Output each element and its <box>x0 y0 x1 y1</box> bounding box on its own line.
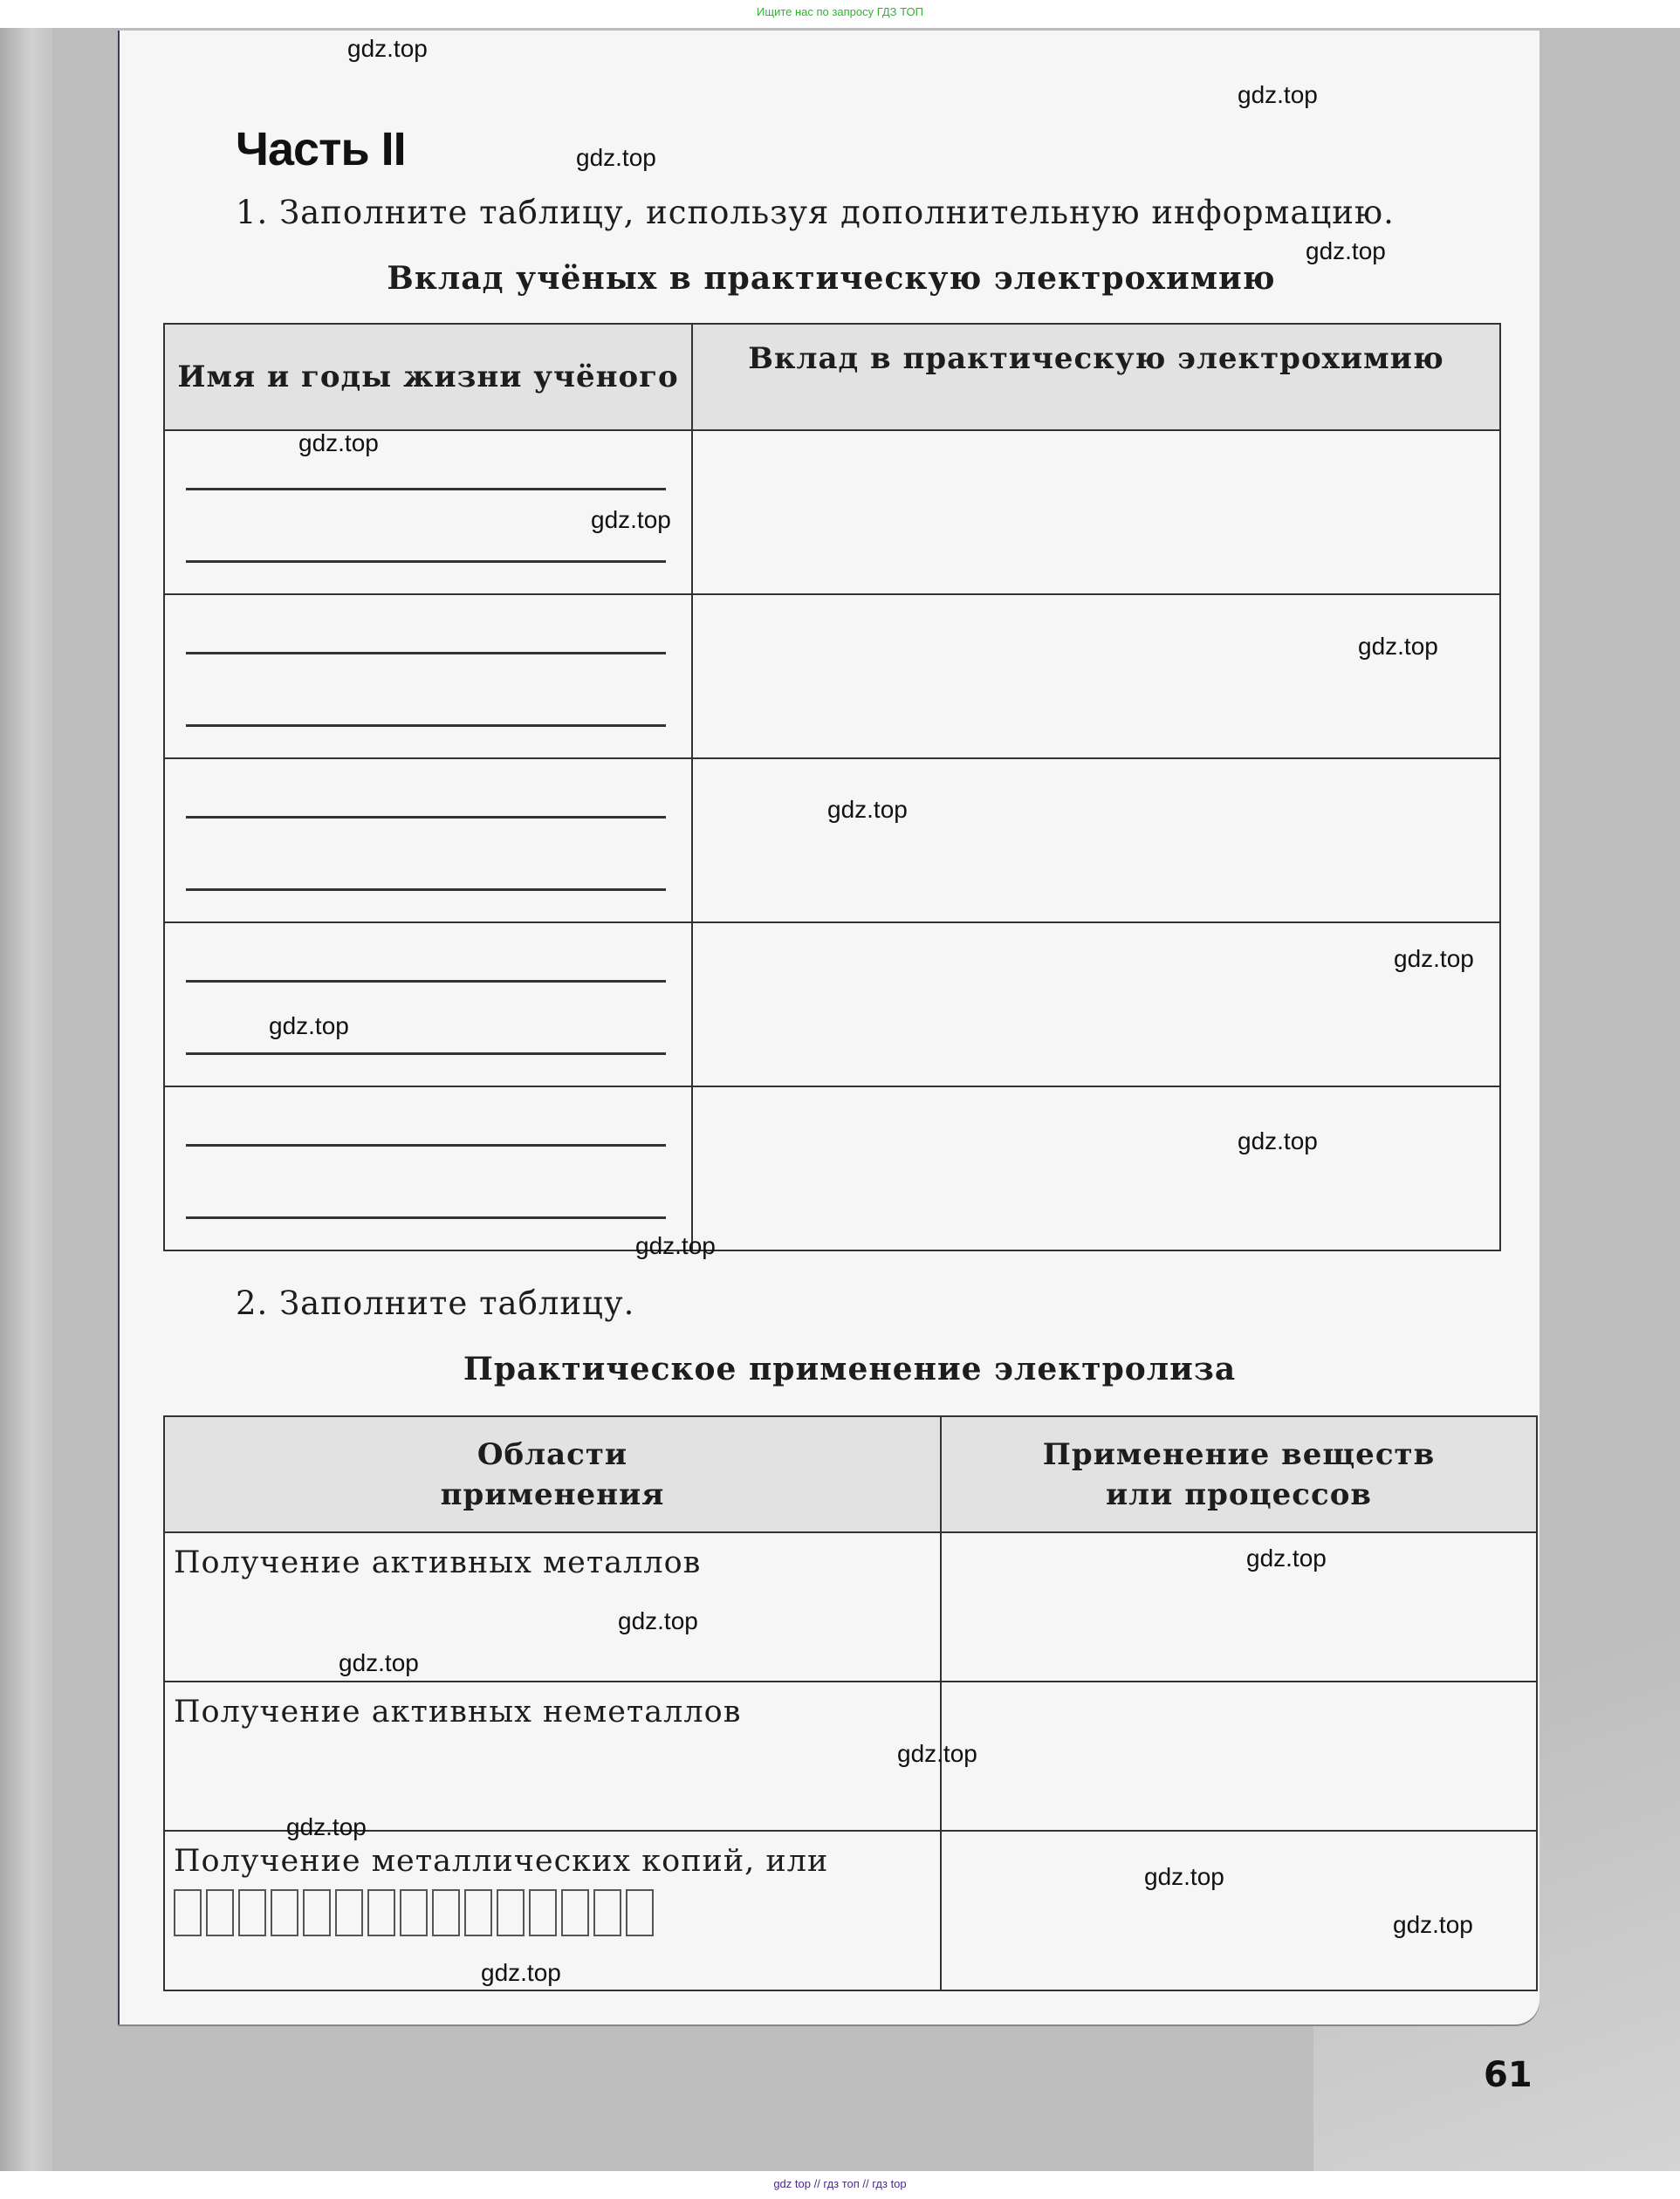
letter-box[interactable] <box>432 1889 460 1936</box>
letter-box[interactable] <box>206 1889 234 1936</box>
watermark: gdz.top <box>347 35 428 63</box>
watermark: gdz.top <box>897 1740 977 1768</box>
watermark: gdz.top <box>635 1232 716 1260</box>
answer-line[interactable] <box>186 980 666 983</box>
column-header-area: Области применения <box>164 1416 941 1532</box>
watermark: gdz.top <box>1238 81 1318 109</box>
table-row <box>164 758 1500 922</box>
letter-box[interactable] <box>529 1889 557 1936</box>
contribution-cell[interactable] <box>692 594 1500 758</box>
letter-box[interactable] <box>497 1889 525 1936</box>
answer-line[interactable] <box>186 1144 666 1147</box>
watermark: gdz.top <box>618 1607 698 1635</box>
column-header-name: Имя и годы жизни учёного <box>164 324 692 430</box>
task1-caption: Вклад учёных в практическую электрохимию <box>163 260 1499 297</box>
electrolysis-table: Области применения Применение веществ ил… <box>163 1415 1538 1991</box>
contribution-cell[interactable] <box>692 1086 1500 1250</box>
contribution-cell[interactable] <box>692 922 1500 1086</box>
book-fold <box>0 28 52 2171</box>
watermark: gdz.top <box>1238 1127 1318 1155</box>
letter-box[interactable] <box>174 1889 202 1936</box>
scientist-name-cell[interactable] <box>164 922 692 1086</box>
table-row: Получение металлических копий, или <box>164 1831 1537 1990</box>
application-cell[interactable] <box>941 1532 1537 1682</box>
letter-box[interactable] <box>561 1889 589 1936</box>
watermark: gdz.top <box>1144 1863 1224 1891</box>
watermark: gdz.top <box>1246 1545 1327 1572</box>
table-row <box>164 922 1500 1086</box>
scientist-name-cell[interactable] <box>164 594 692 758</box>
watermark: gdz.top <box>339 1649 419 1677</box>
scientist-name-cell[interactable] <box>164 758 692 922</box>
watermark: gdz.top <box>269 1012 349 1040</box>
letter-box[interactable] <box>593 1889 621 1936</box>
letter-box[interactable] <box>367 1889 395 1936</box>
watermark: gdz.top <box>298 429 379 457</box>
answer-line[interactable] <box>186 1216 666 1219</box>
top-banner: Ищите нас по запросу ГДЗ ТОП <box>0 0 1680 28</box>
column-header-contribution: Вклад в практическую электрохимию <box>692 324 1500 430</box>
column-header-application: Применение веществ или процессов <box>941 1416 1537 1532</box>
answer-line[interactable] <box>186 560 666 563</box>
watermark: gdz.top <box>1393 1911 1473 1939</box>
table-row <box>164 594 1500 758</box>
answer-line[interactable] <box>186 488 666 490</box>
watermark: gdz.top <box>827 796 908 824</box>
letter-box[interactable] <box>400 1889 428 1936</box>
contribution-cell[interactable] <box>692 430 1500 594</box>
watermark: gdz.top <box>576 144 656 172</box>
area-cell: Получение металлических копий, или <box>165 1832 940 1880</box>
answer-line[interactable] <box>186 724 666 727</box>
letter-box[interactable] <box>626 1889 654 1936</box>
letter-box[interactable] <box>303 1889 331 1936</box>
letter-box[interactable] <box>464 1889 492 1936</box>
table-row <box>164 1086 1500 1250</box>
area-cell: Получение активных неметаллов <box>165 1682 940 1731</box>
bottom-banner: gdz top // гдз топ // гдз top <box>0 2171 1680 2199</box>
area-cell: Получение активных металлов <box>165 1533 940 1582</box>
contribution-cell[interactable] <box>692 758 1500 922</box>
letter-box[interactable] <box>238 1889 266 1936</box>
answer-line[interactable] <box>186 888 666 891</box>
watermark: gdz.top <box>286 1813 367 1841</box>
scientist-name-cell[interactable] <box>164 1086 692 1250</box>
application-cell[interactable] <box>941 1682 1537 1831</box>
letter-box[interactable] <box>271 1889 298 1936</box>
task2-instruction: 2. Заполните таблицу. <box>236 1284 634 1322</box>
watermark: gdz.top <box>481 1959 561 1987</box>
answer-line[interactable] <box>186 816 666 819</box>
task1-instruction: 1. Заполните таблицу, используя дополнит… <box>236 194 1395 231</box>
part-title: Часть II <box>236 122 406 176</box>
watermark: gdz.top <box>591 506 671 534</box>
page-number: 61 <box>1484 2055 1533 2095</box>
task2-caption: Практическое применение электролиза <box>163 1351 1536 1387</box>
watermark: gdz.top <box>1306 237 1386 265</box>
watermark: gdz.top <box>1394 945 1474 973</box>
watermark: gdz.top <box>1358 633 1438 661</box>
answer-line[interactable] <box>186 652 666 654</box>
letter-boxes <box>165 1880 940 1936</box>
letter-box[interactable] <box>335 1889 363 1936</box>
answer-line[interactable] <box>186 1052 666 1055</box>
table-row: Получение активных неметаллов <box>164 1682 1537 1831</box>
scientists-table: Имя и годы жизни учёного Вклад в практич… <box>163 323 1501 1251</box>
